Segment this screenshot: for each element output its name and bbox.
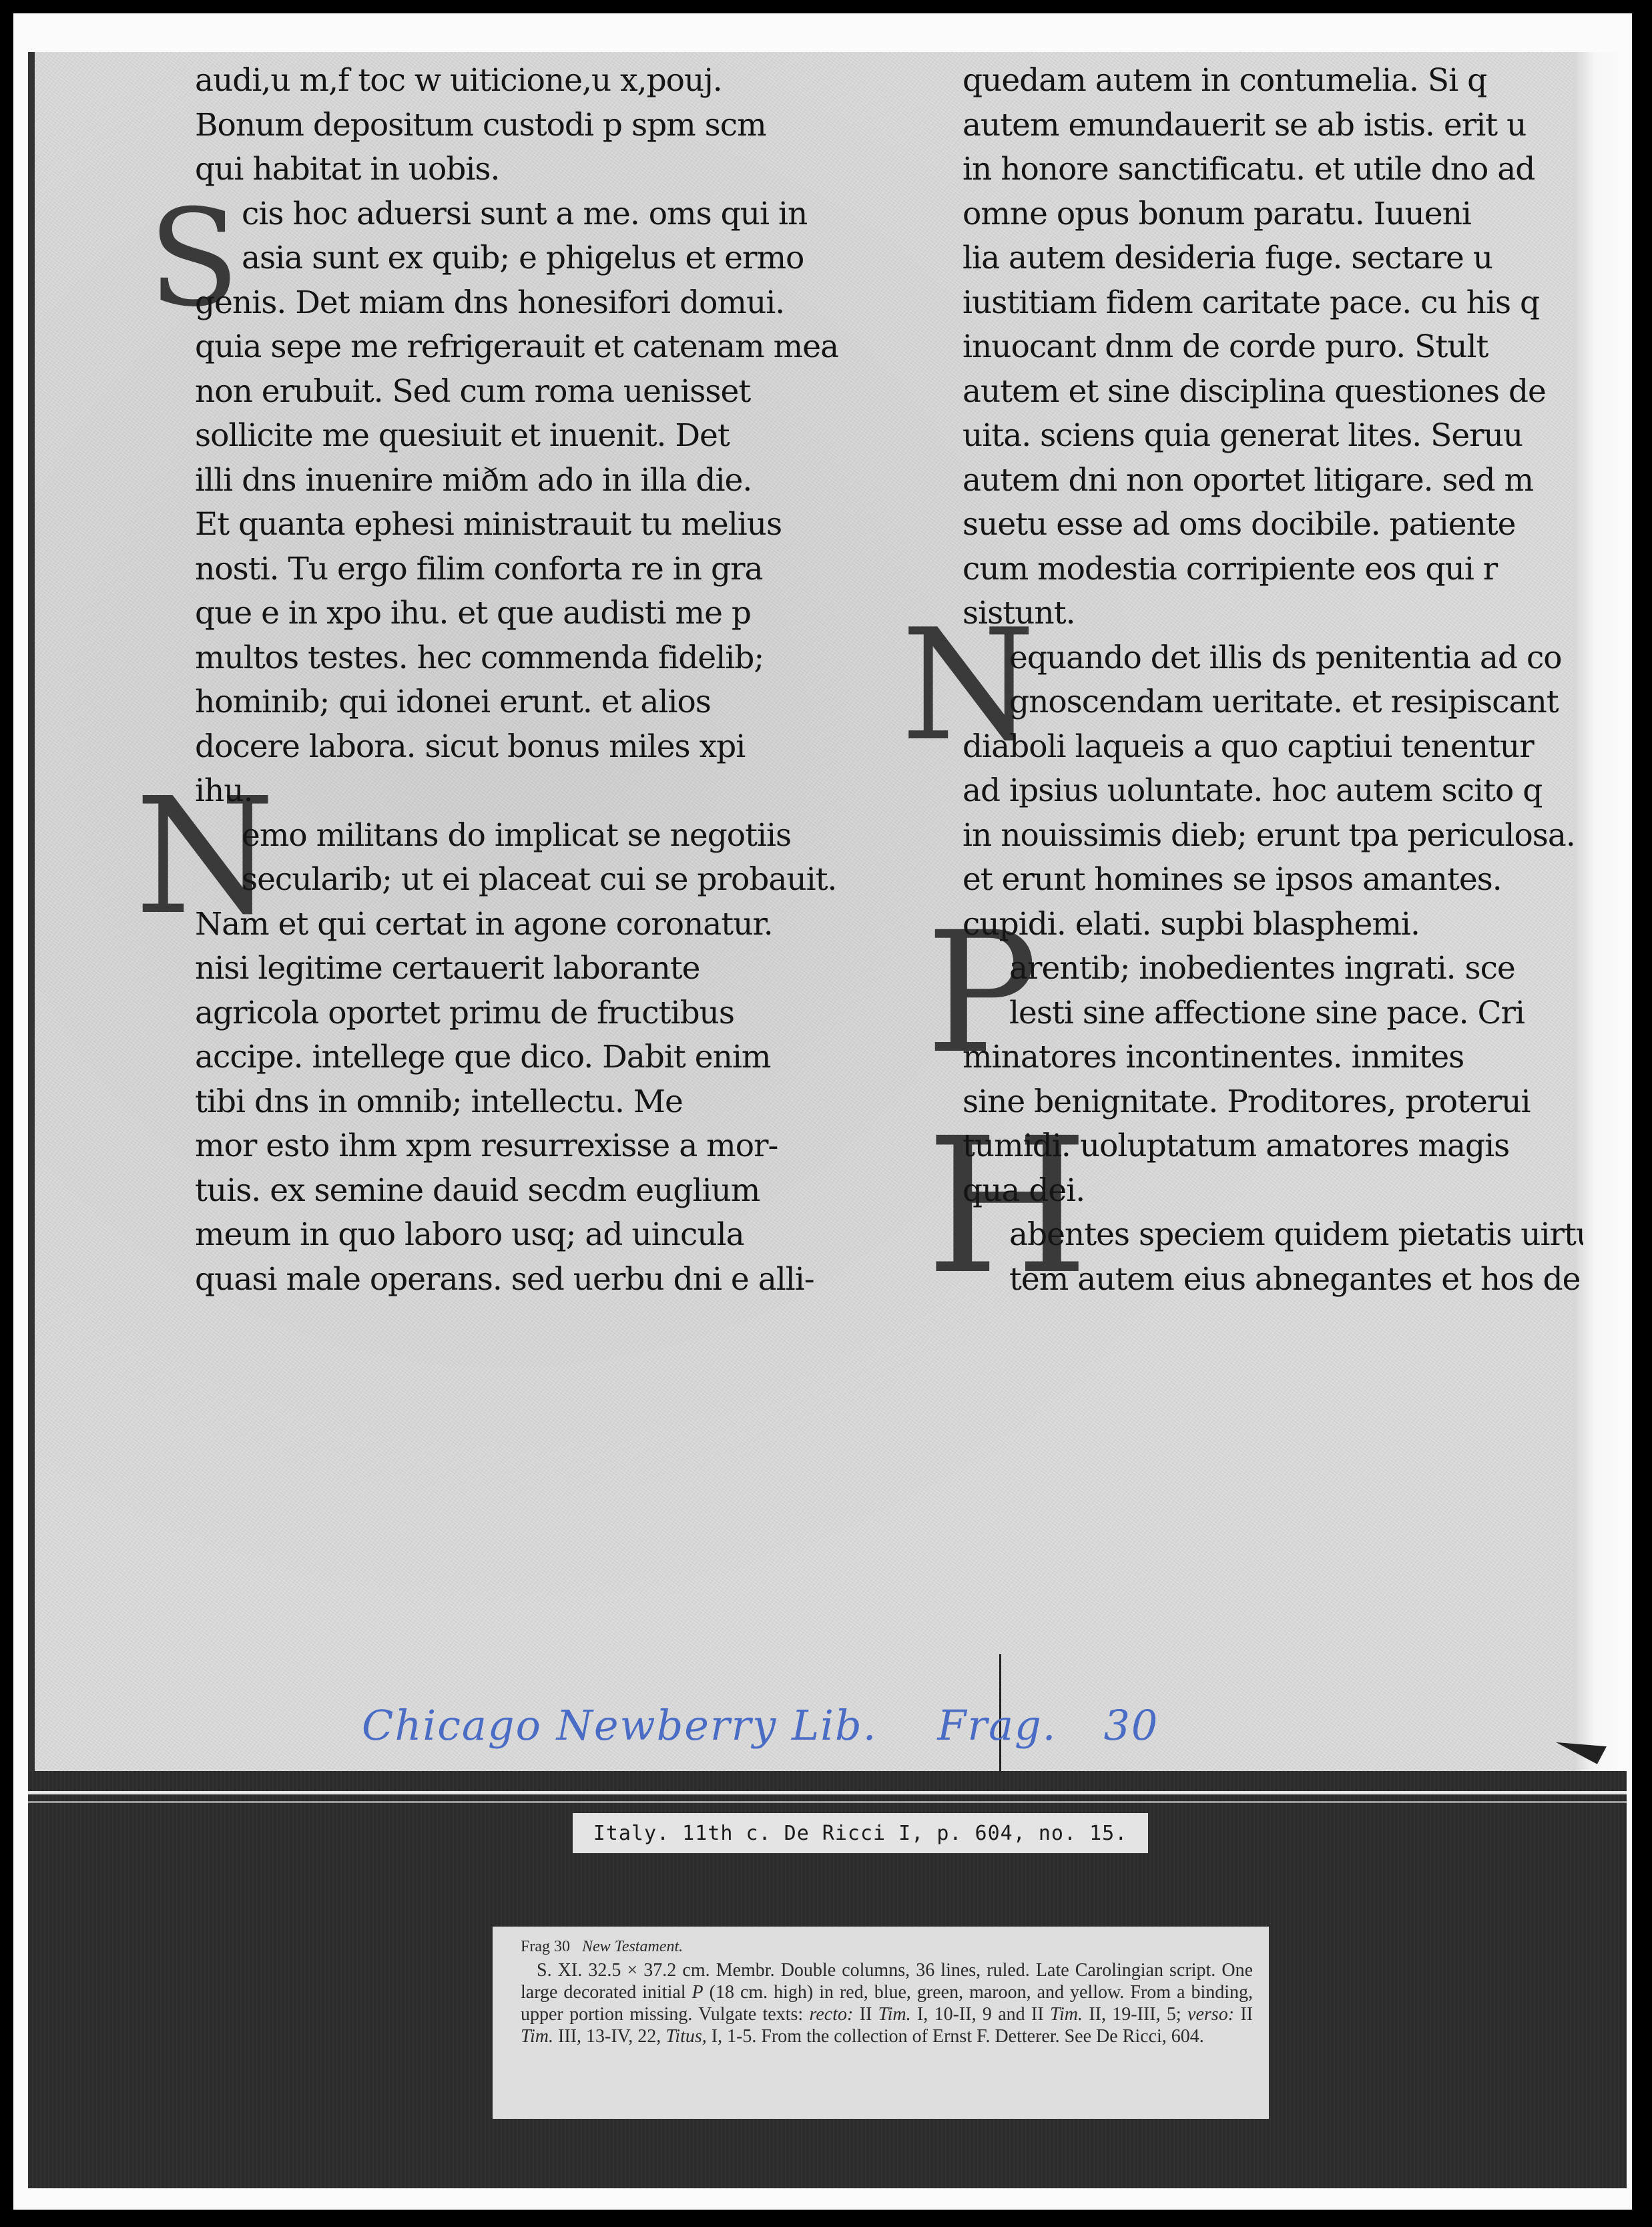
ms-line: suetu esse ad oms docibile. patiente (962, 503, 1583, 547)
ms-line: Nam et qui certat in agone coronatur. (195, 903, 902, 947)
ms-line: Bonum depositum custodi p spm scm (195, 103, 902, 148)
card-text: I, 10-II, 9 and II (911, 2004, 1050, 2025)
ms-line: abentes speciem quidem pietatis uirtu (962, 1213, 1583, 1258)
ms-line: quedam autem in contumelia. Si q (962, 59, 1583, 103)
ms-line: multos testes. hec commenda fidelib; (195, 636, 902, 681)
card-text: II (1234, 2004, 1253, 2025)
ms-line: sine benignitate. Proditores, proterui (962, 1080, 1583, 1125)
card-text-italic: Tim. (1050, 2004, 1083, 2025)
ms-line: uita. sciens quia generat lites. Seruu (962, 414, 1583, 459)
ms-line: in honore sanctificatu. et utile dno ad (962, 148, 1583, 192)
ms-line: secularib; ut ei placeat cui se probauit… (195, 858, 902, 903)
ms-line: emo militans do implicat se negotiis (195, 814, 902, 858)
ms-line: qua dei. (962, 1169, 1583, 1214)
ms-line: autem dni non oportet litigare. sed m (962, 459, 1583, 503)
ms-line: agricola oportet primu de fructibus (195, 991, 902, 1036)
leaf-left-edge (28, 52, 35, 1771)
ms-line: non erubuit. Sed cum roma uenisset (195, 370, 902, 415)
card-text-italic: Tim. (878, 2004, 911, 2025)
ms-line: in nouissimis dieb; erunt tpa periculosa… (962, 814, 1583, 858)
ms-line: autem et sine disciplina questiones de (962, 370, 1583, 415)
ms-line: tem autem eius abnegantes et hos de (962, 1258, 1583, 1302)
ms-line: sollicite me quesiuit et inuenit. Det (195, 414, 902, 459)
ms-line: autem emundauerit se ab istis. erit u (962, 103, 1583, 148)
card-description: S. XI. 32.5 × 37.2 cm. Membr. Double col… (521, 1959, 1253, 2047)
mount-rule (28, 1791, 1627, 1794)
ms-line: Et quanta ephesi ministrauit tu melius (195, 503, 902, 547)
card-text: II, 19-III, 5; (1083, 2004, 1187, 2025)
card-text: I, 1-5. From the collection of Ernst F. … (707, 2026, 1204, 2047)
ms-line: omne opus bonum paratu. Iuueni (962, 192, 1583, 237)
ms-line: lia autem desideria fuge. sectare u (962, 236, 1583, 281)
ms-line: hominib; qui idonei erunt. et alios (195, 680, 902, 725)
ms-line: tumidi. uoluptatum amatores magis (962, 1124, 1583, 1169)
ms-line: iustitiam fidem caritate pace. cu his q (962, 281, 1583, 326)
catalog-description-card: Frag 30New Testament. S. XI. 32.5 × 37.2… (493, 1927, 1269, 2119)
handwritten-shelfmark: Chicago Newberry Lib.Frag.30 (362, 1701, 1159, 1750)
ms-line: accipe. intellege que dico. Dabit enim (195, 1035, 902, 1080)
card-text-italic: Titus, (665, 2026, 706, 2047)
ms-line: minatores incontinentes. inmites (962, 1035, 1583, 1080)
ms-line: quasi male operans. sed uerbu dni e alli… (195, 1258, 902, 1302)
manuscript-leaf: S N N P H audi,u m,f toc w uiticione,u x… (28, 52, 1627, 1771)
handwritten-number: 30 (1103, 1701, 1159, 1750)
ms-line: quia sepe me refrigerauit et catenam mea (195, 325, 902, 370)
ms-line: tuis. ex semine dauid secdm euglium (195, 1169, 902, 1214)
ms-line: tibi dns in omnib; intellectu. Me (195, 1080, 902, 1125)
card-text: III, 13-IV, 22, (553, 2026, 665, 2047)
ms-line: ad ipsius uoluntate. hoc autem scito q (962, 769, 1583, 814)
ms-line: cupidi. elati. supbi blasphemi. (962, 903, 1583, 947)
ms-line: meum in quo laboro usq; ad uincula (195, 1213, 902, 1258)
ms-line: diaboli laqueis a quo captiui tenentur (962, 725, 1583, 770)
ms-line: lesti sine affectione sine pace. Cri (962, 991, 1583, 1036)
card-text-italic: P (692, 1982, 704, 2003)
ms-line: qui habitat in uobis. (195, 148, 902, 192)
ms-line: arentib; inobedientes ingrati. sce (962, 947, 1583, 991)
ms-line: illi dns inuenire miðm ado in illa die. (195, 459, 902, 503)
ms-line: sistunt. (962, 591, 1583, 636)
card-title: New Testament. (582, 1938, 683, 1955)
ms-line: cis hoc aduersi sunt a me. oms qui in (195, 192, 902, 237)
card-text-italic: recto: (810, 2004, 854, 2025)
card-frag-number: Frag 30 (521, 1938, 570, 1955)
ms-line: inuocant dnm de corde puro. Stult (962, 325, 1583, 370)
ms-line: mor esto ihm xpm resurrexisse a mor- (195, 1124, 902, 1169)
ms-line: nosti. Tu ergo filim conforta re in gra (195, 547, 902, 592)
manuscript-column-right: quedam autem in contumelia. Si q autem e… (962, 59, 1583, 1302)
ms-line: ihu. (195, 769, 902, 814)
handwritten-place: Chicago Newberry Lib. (362, 1701, 877, 1750)
ms-line: que e in xpo ihu. et que audisti me p (195, 591, 902, 636)
ms-line: asia sunt ex quib; e phigelus et ermo (195, 236, 902, 281)
card-heading: Frag 30New Testament. (521, 1936, 1253, 1958)
mount-rule (28, 1801, 1627, 1803)
card-text: II (853, 2004, 878, 2025)
card-text-italic: verso: (1187, 2004, 1234, 2025)
ms-line: docere labora. sicut bonus miles xpi (195, 725, 902, 770)
ms-line: et erunt homines se ipsos amantes. (962, 858, 1583, 903)
card-text-italic: Tim. (521, 2026, 553, 2047)
photocopy-sheet: S N N P H audi,u m,f toc w uiticione,u x… (13, 13, 1632, 2210)
manuscript-column-left: audi,u m,f toc w uiticione,u x,pouj. Bon… (195, 59, 902, 1302)
ms-line: genis. Det miam dns honesifori domui. (195, 281, 902, 326)
ms-line: nisi legitime certauerit laborante (195, 947, 902, 991)
handwritten-frag: Frag. (937, 1701, 1057, 1750)
typed-provenance-label: Italy. 11th c. De Ricci I, p. 604, no. 1… (573, 1813, 1148, 1853)
ms-line: cum modestia corripiente eos qui r (962, 547, 1583, 592)
ms-line: audi,u m,f toc w uiticione,u x,pouj. (195, 59, 902, 103)
ms-line: gnoscendam ueritate. et resipiscant (962, 680, 1583, 725)
ms-line: equando det illis ds penitentia ad co (962, 636, 1583, 681)
